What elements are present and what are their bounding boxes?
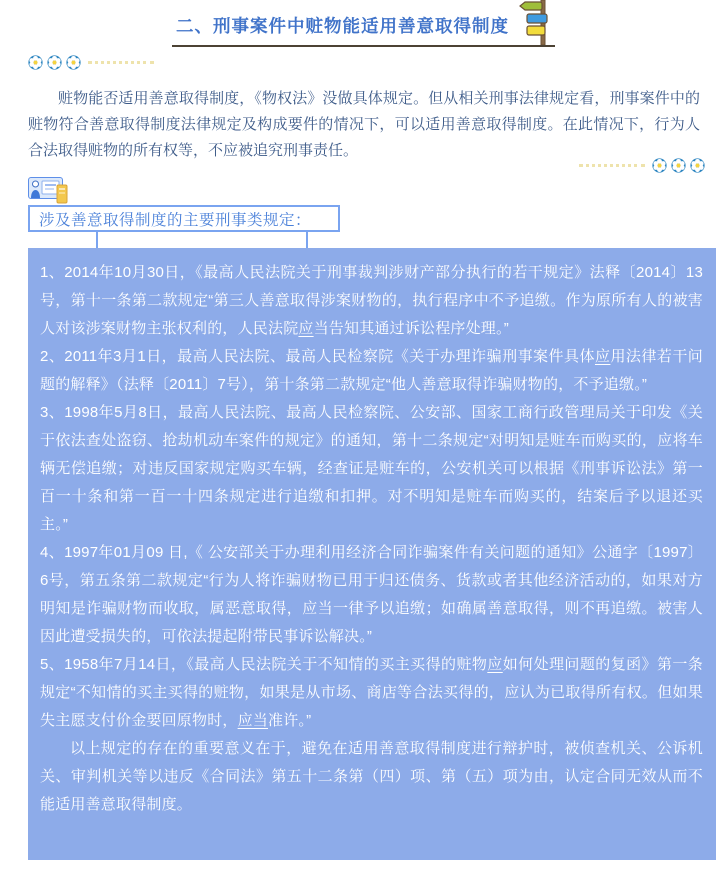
- connector-line-right: [306, 232, 308, 248]
- connector-line-left: [96, 232, 98, 248]
- page-title: 二、刑事案件中赃物能适用善意取得制度: [176, 16, 509, 36]
- dotted-line: [579, 164, 645, 167]
- flower-icon: [28, 55, 43, 70]
- regulation-paragraph: 2、2011年3月1日，最高人民法院、最高人民检察院《关于办理诈骗刑事案件具体应…: [40, 343, 703, 399]
- regulation-paragraph: 以上规定的存在的重要意义在于，避免在适用善意取得制度进行辩护时，被侦查机关、公诉…: [40, 735, 703, 819]
- document-page: 二、刑事案件中赃物能适用善意取得制度 赃物能否适用善意取得制度，《物权法》没做具…: [0, 0, 727, 860]
- decoration-row-top: [28, 55, 727, 70]
- flower-icon: [652, 158, 667, 173]
- intro-paragraph: 赃物能否适用善意取得制度，《物权法》没做具体规定。但从相关刑事法律规定看，刑事案…: [28, 86, 700, 164]
- flower-icon: [66, 55, 81, 70]
- regulation-paragraph: 1、2014年10月30日，《最高人民法院关于刑事裁判涉财产部分执行的若干规定》…: [40, 259, 703, 343]
- regulations-box: 1、2014年10月30日，《最高人民法院关于刑事裁判涉财产部分执行的若干规定》…: [28, 248, 716, 860]
- flower-icon: [47, 55, 62, 70]
- section-label: 涉及善意取得制度的主要刑事类规定：: [39, 208, 311, 230]
- presenter-icon: [28, 177, 727, 205]
- section-title-block: 二、刑事案件中赃物能适用善意取得制度: [172, 12, 555, 47]
- dotted-line: [88, 61, 154, 64]
- flower-icon: [671, 158, 686, 173]
- regulation-paragraph: 4、1997年01月09 日,《 公安部关于办理利用经济合同诈骗案件有关问题的通…: [40, 539, 703, 651]
- regulation-paragraph: 5、1958年7月14日，《最高人民法院关于不知情的买主买得的赃物应如何处理问题…: [40, 651, 703, 735]
- flower-icon: [690, 158, 705, 173]
- section-label-box: 涉及善意取得制度的主要刑事类规定：: [28, 205, 340, 232]
- header: 二、刑事案件中赃物能适用善意取得制度: [0, 0, 727, 47]
- connector-lines: [28, 232, 727, 248]
- regulation-paragraph: 3、1998年5月8日，最高人民法院、最高人民检察院、公安部、国家工商行政管理局…: [40, 399, 703, 539]
- signpost-icon: [515, 0, 557, 50]
